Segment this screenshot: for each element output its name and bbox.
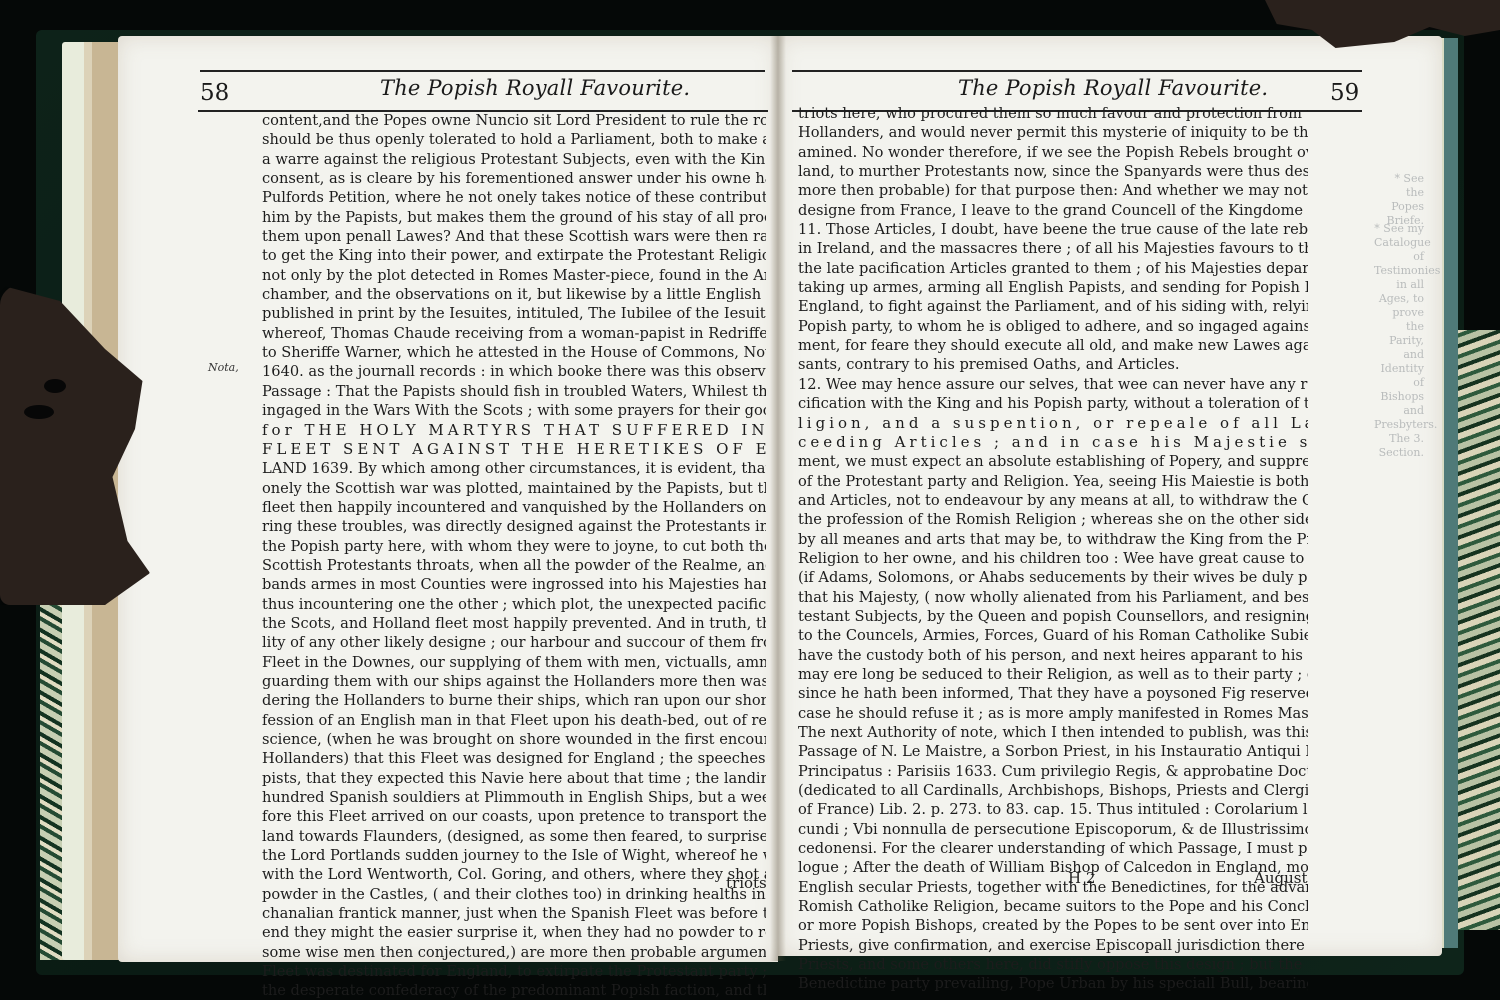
- text-line: land, to murther Protestants now, since …: [798, 162, 1308, 181]
- text-line: ment, we must expect an absolute establi…: [798, 452, 1308, 471]
- text-line: Benedictine party prevailing, Pope Urban…: [798, 974, 1308, 993]
- text-line: Priests, and some others here, did stifl…: [798, 955, 1308, 974]
- text-line: Priests, give confirmation, and exercise…: [798, 936, 1308, 955]
- text-line: Principatus : Parisiis 1633. Cum privile…: [798, 762, 1308, 781]
- text-line: Passage : That the Papists should fish i…: [262, 382, 766, 401]
- right-page: The Popish Royall Favourite. 59 * See th…: [778, 36, 1442, 956]
- text-line: the Popish party here, with whom they we…: [262, 537, 766, 556]
- text-line: chanalian frantick manner, just when the…: [262, 904, 766, 923]
- text-line: more then probable) for that purpose the…: [798, 181, 1308, 200]
- text-line: amined. No wonder therefore, if we see t…: [798, 143, 1308, 162]
- catchword-right: August: [1254, 869, 1307, 887]
- text-line: since he hath been informed, That they h…: [798, 684, 1308, 703]
- head-rule-top-right: [792, 70, 1362, 72]
- text-line: testant Subjects, by the Queen and popis…: [798, 607, 1308, 626]
- text-line: whereof, Thomas Chaude receiving from a …: [262, 324, 766, 343]
- text-line: onely the Scottish war was plotted, main…: [262, 479, 766, 498]
- text-line: with the Lord Wentworth, Col. Goring, an…: [262, 865, 766, 884]
- book-gutter: [770, 36, 786, 961]
- text-line: the desperate confederacy of the predomi…: [262, 981, 766, 1000]
- text-line: the profession of the Romish Religion ; …: [798, 510, 1308, 529]
- text-line: may ere long be seduced to their Religio…: [798, 665, 1308, 684]
- show-through-note-2: * See my Catalogue of Testimonies in all…: [1374, 222, 1424, 460]
- left-page: 58 The Popish Royall Favourite. Nota, co…: [118, 36, 778, 962]
- text-line: not only by the plot detected in Romes M…: [262, 266, 766, 285]
- text-line: some wise men then conjectured,) are mor…: [262, 943, 766, 962]
- text-line: FLEET SENT AGAINST THE HERETIKES OF ENG-: [262, 440, 766, 459]
- show-through-note-1: * See the Popes Briefe.: [1374, 172, 1424, 228]
- text-line: cedonensi. For the clearer understanding…: [798, 839, 1308, 858]
- text-line: Popish party, to whom he is obliged to a…: [798, 317, 1308, 336]
- text-line: to Sheriffe Warner, which he attested in…: [262, 343, 766, 362]
- text-line: should be thus openly tolerated to hold …: [262, 130, 766, 149]
- text-line: to get the King into their power, and ex…: [262, 246, 766, 265]
- text-line: cundi ; Vbi nonnulla de persecutione Epi…: [798, 820, 1308, 839]
- text-line: LAND 1639. By which among other circumst…: [262, 459, 766, 478]
- text-line: land towards Flaunders, (designed, as so…: [262, 827, 766, 846]
- text-line: or more Popish Bishops, created by the P…: [798, 916, 1308, 935]
- text-line: have the custody both of his person, and…: [798, 646, 1308, 665]
- text-line: designe from France, I leave to the gran…: [798, 201, 1308, 220]
- text-line: ceeding Articles ; and in case his Majes…: [798, 433, 1308, 452]
- text-line: (if Adams, Solomons, or Ahabs seducement…: [798, 568, 1308, 587]
- text-line: case he should refuse it ; as is more am…: [798, 704, 1308, 723]
- text-line: 11. Those Articles, I doubt, have beene …: [798, 220, 1308, 239]
- text-line: ring these troubles, was directly design…: [262, 517, 766, 536]
- head-rule-top: [200, 70, 765, 72]
- text-line: Religion to her owne, and his children t…: [798, 549, 1308, 568]
- text-line: fore this Fleet arrived on our coasts, u…: [262, 807, 766, 826]
- text-line: ment, for feare they should execute all …: [798, 336, 1308, 355]
- text-line: (dedicated to all Cardinalls, Archbishop…: [798, 781, 1308, 800]
- text-line: end they might the easier surprise it, w…: [262, 923, 766, 942]
- text-line: thus incountering one the other ; which …: [262, 595, 766, 614]
- text-line: Romish Catholike Religion, became suitor…: [798, 897, 1308, 916]
- clip-hole: [44, 379, 66, 393]
- page-number-right: 59: [1330, 80, 1359, 106]
- text-line: 1640. as the journall records : in which…: [262, 362, 766, 381]
- text-line: and Articles, not to endeavour by any me…: [798, 491, 1308, 510]
- running-head-right: The Popish Royall Favourite.: [958, 76, 1268, 100]
- text-line: of the Protestant party and Religion. Ye…: [798, 472, 1308, 491]
- text-line: powder in the Castles, ( and their cloth…: [262, 885, 766, 904]
- text-line: him by the Papists, but makes them the g…: [262, 208, 766, 227]
- text-line: the late pacification Articles granted t…: [798, 259, 1308, 278]
- text-line: for THE HOLY MARTYRS THAT SUFFERED IN TH…: [262, 421, 766, 440]
- text-line: consent, as is cleare by his foremention…: [262, 169, 766, 188]
- clip-hole: [24, 405, 54, 419]
- text-line: Hollanders) that this Fleet was designed…: [262, 749, 766, 768]
- text-line: guarding them with our ships against the…: [262, 672, 766, 691]
- text-line: that his Majesty, ( now wholly alienated…: [798, 588, 1308, 607]
- text-line: them upon penall Lawes? And that these S…: [262, 227, 766, 246]
- text-line: the Lord Portlands sudden journey to the…: [262, 846, 766, 865]
- text-line: Passage of N. Le Maistre, a Sorbon Pries…: [798, 742, 1308, 761]
- text-line: of France) Lib. 2. p. 273. to 83. cap. 1…: [798, 800, 1308, 819]
- text-line: published in print by the Iesuites, inti…: [262, 304, 766, 323]
- text-line: bands armes in most Counties were ingros…: [262, 575, 766, 594]
- text-line: ligion, and a suspention, or repeale of …: [798, 414, 1308, 433]
- text-line: cification with the King and his Popish …: [798, 394, 1308, 413]
- text-line: to the Councels, Armies, Forces, Guard o…: [798, 626, 1308, 645]
- catchword-left: triots: [726, 874, 767, 892]
- running-head-left: The Popish Royall Favourite.: [380, 76, 690, 100]
- text-line: a warre against the religious Protestant…: [262, 150, 766, 169]
- text-line: Hollanders, and would never permit this …: [798, 123, 1308, 142]
- text-line: by all meanes and arts that may be, to w…: [798, 530, 1308, 549]
- text-line: Fleet was destinated for England, to ext…: [262, 962, 766, 981]
- text-line: in Ireland, and the massacres there ; of…: [798, 239, 1308, 258]
- text-line: Pulfords Petition, where he not onely ta…: [262, 188, 766, 207]
- text-line: the Scots, and Holland fleet most happil…: [262, 614, 766, 633]
- text-line: triots here, who procured them so much f…: [798, 104, 1308, 123]
- text-line: ingaged in the Wars With the Scots ; wit…: [262, 401, 766, 420]
- text-line: hundred Spanish souldiers at Plimmouth i…: [262, 788, 766, 807]
- text-line: fession of an English man in that Fleet …: [262, 711, 766, 730]
- text-line: content,and the Popes owne Nuncio sit Lo…: [262, 111, 766, 130]
- left-page-text: content,and the Popes owne Nuncio sit Lo…: [262, 111, 766, 1000]
- signature-mark: H 2: [1068, 869, 1095, 887]
- text-line: England, to fight against the Parliament…: [798, 297, 1308, 316]
- text-line: taking up armes, arming all English Papi…: [798, 278, 1308, 297]
- text-line: dering the Hollanders to burne their shi…: [262, 691, 766, 710]
- text-line: logue ; After the death of William Bisho…: [798, 858, 1308, 877]
- text-line: Scottish Protestants throats, when all t…: [262, 556, 766, 575]
- text-line: The next Authority of note, which I then…: [798, 723, 1308, 742]
- text-line: sants, contrary to his premised Oaths, a…: [798, 355, 1308, 374]
- text-line: chamber, and the observations on it, but…: [262, 285, 766, 304]
- text-line: fleet then happily incountered and vanqu…: [262, 498, 766, 517]
- text-line: science, (when he was brought on shore w…: [262, 730, 766, 749]
- text-line: lity of any other likely designe ; our h…: [262, 633, 766, 652]
- page-number-left: 58: [200, 80, 229, 106]
- text-line: 12. Wee may hence assure our selves, tha…: [798, 375, 1308, 394]
- text-line: English secular Priests, together with t…: [798, 878, 1308, 897]
- right-page-text: triots here, who procured them so much f…: [798, 104, 1308, 994]
- text-line: pists, that they expected this Navie her…: [262, 769, 766, 788]
- text-line: Fleet in the Downes, our supplying of th…: [262, 653, 766, 672]
- margin-note: Nota,: [208, 361, 239, 374]
